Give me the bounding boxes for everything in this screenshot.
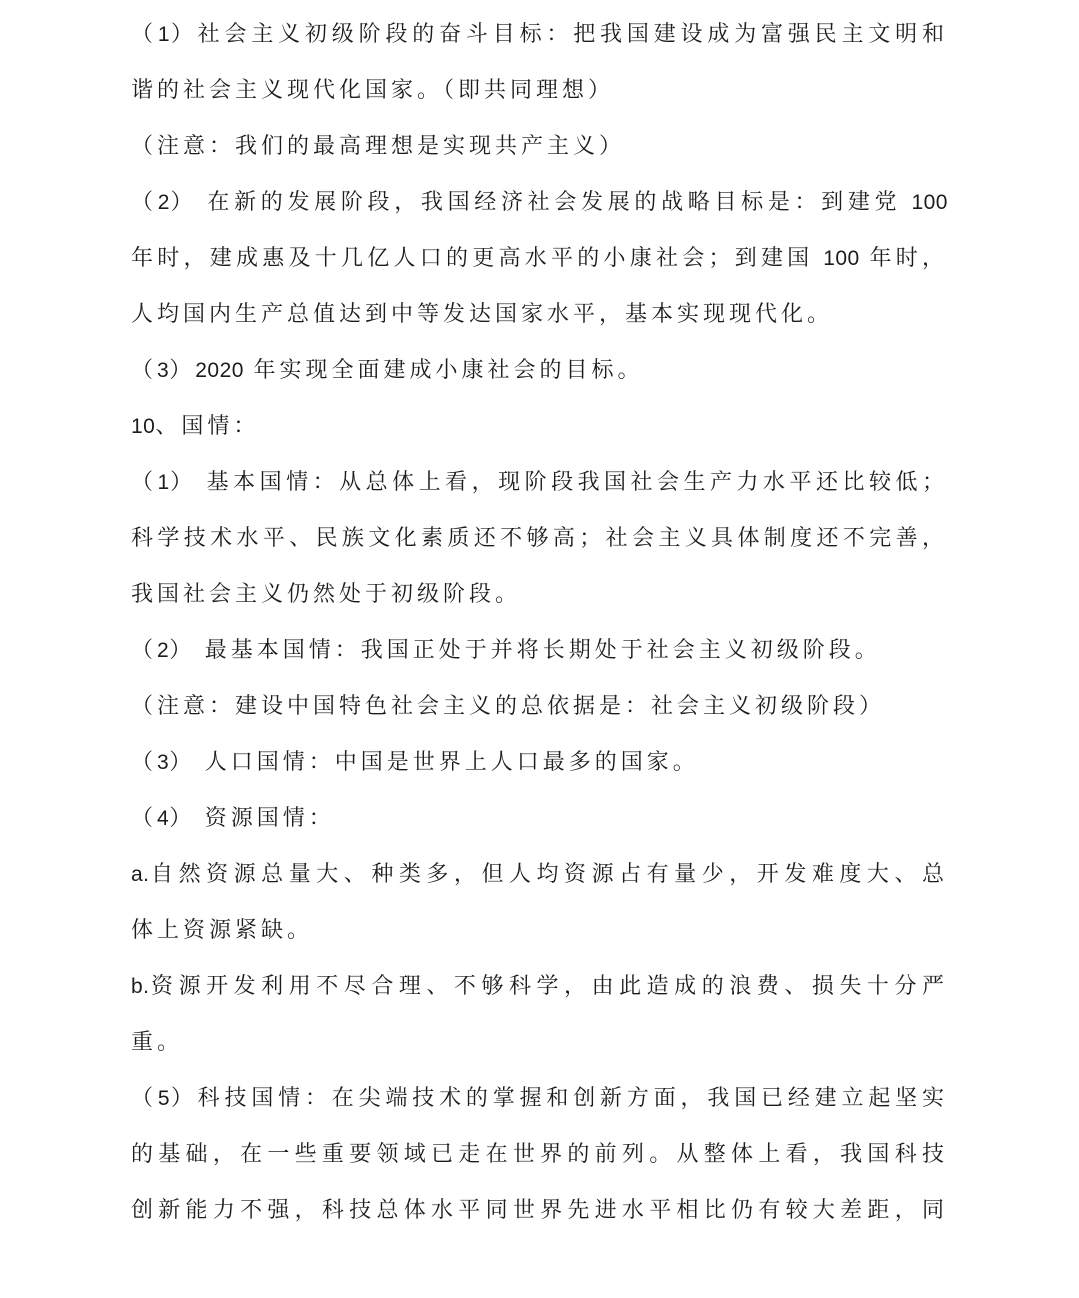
text-line: （5）科技国情：在尖端技术的掌握和创新方面，我国已经建立起坚实 — [131, 1070, 948, 1126]
text-line: （注意：建设中国特色社会主义的总依据是：社会主义初级阶段） — [131, 678, 948, 734]
text-line: （2） 最基本国情：我国正处于并将长期处于社会主义初级阶段。 — [131, 622, 948, 678]
section-heading: 10、国情： — [131, 398, 948, 454]
text-line: 我国社会主义仍然处于初级阶段。 — [131, 566, 948, 622]
text-line: （3） 人口国情：中国是世界上人口最多的国家。 — [131, 734, 948, 790]
text-line: 的基础，在一些重要领域已走在世界的前列。从整体上看，我国科技 — [131, 1126, 948, 1182]
text-line: （4） 资源国情： — [131, 790, 948, 846]
text-line: 体上资源紧缺。 — [131, 902, 948, 958]
list-item-a: a.自然资源总量大、种类多，但人均资源占有量少，开发难度大、总 — [131, 846, 948, 902]
text-line: 人均国内生产总值达到中等发达国家水平，基本实现现代化。 — [131, 286, 948, 342]
text-line: （1）社会主义初级阶段的奋斗目标：把我国建设成为富强民主文明和 — [131, 6, 948, 62]
text-line: （注意：我们的最高理想是实现共产主义） — [131, 118, 948, 174]
text-line: （3）2020 年实现全面建成小康社会的目标。 — [131, 342, 948, 398]
text-line: 年时，建成惠及十几亿人口的更高水平的小康社会；到建国 100 年时， — [131, 230, 948, 286]
text-line: 重。 — [131, 1014, 948, 1070]
text-line: 科学技术水平、民族文化素质还不够高；社会主义具体制度还不完善， — [131, 510, 948, 566]
document-page: （1）社会主义初级阶段的奋斗目标：把我国建设成为富强民主文明和 谐的社会主义现代… — [0, 0, 1079, 1298]
text-line: 谐的社会主义现代化国家。（即共同理想） — [131, 62, 948, 118]
text-line: （2） 在新的发展阶段，我国经济社会发展的战略目标是：到建党 100 — [131, 174, 948, 230]
text-line: 创新能力不强，科技总体水平同世界先进水平相比仍有较大差距，同 — [131, 1182, 948, 1238]
list-item-b: b.资源开发利用不尽合理、不够科学，由此造成的浪费、损失十分严 — [131, 958, 948, 1014]
text-line: （1） 基本国情：从总体上看，现阶段我国社会生产力水平还比较低； — [131, 454, 948, 510]
